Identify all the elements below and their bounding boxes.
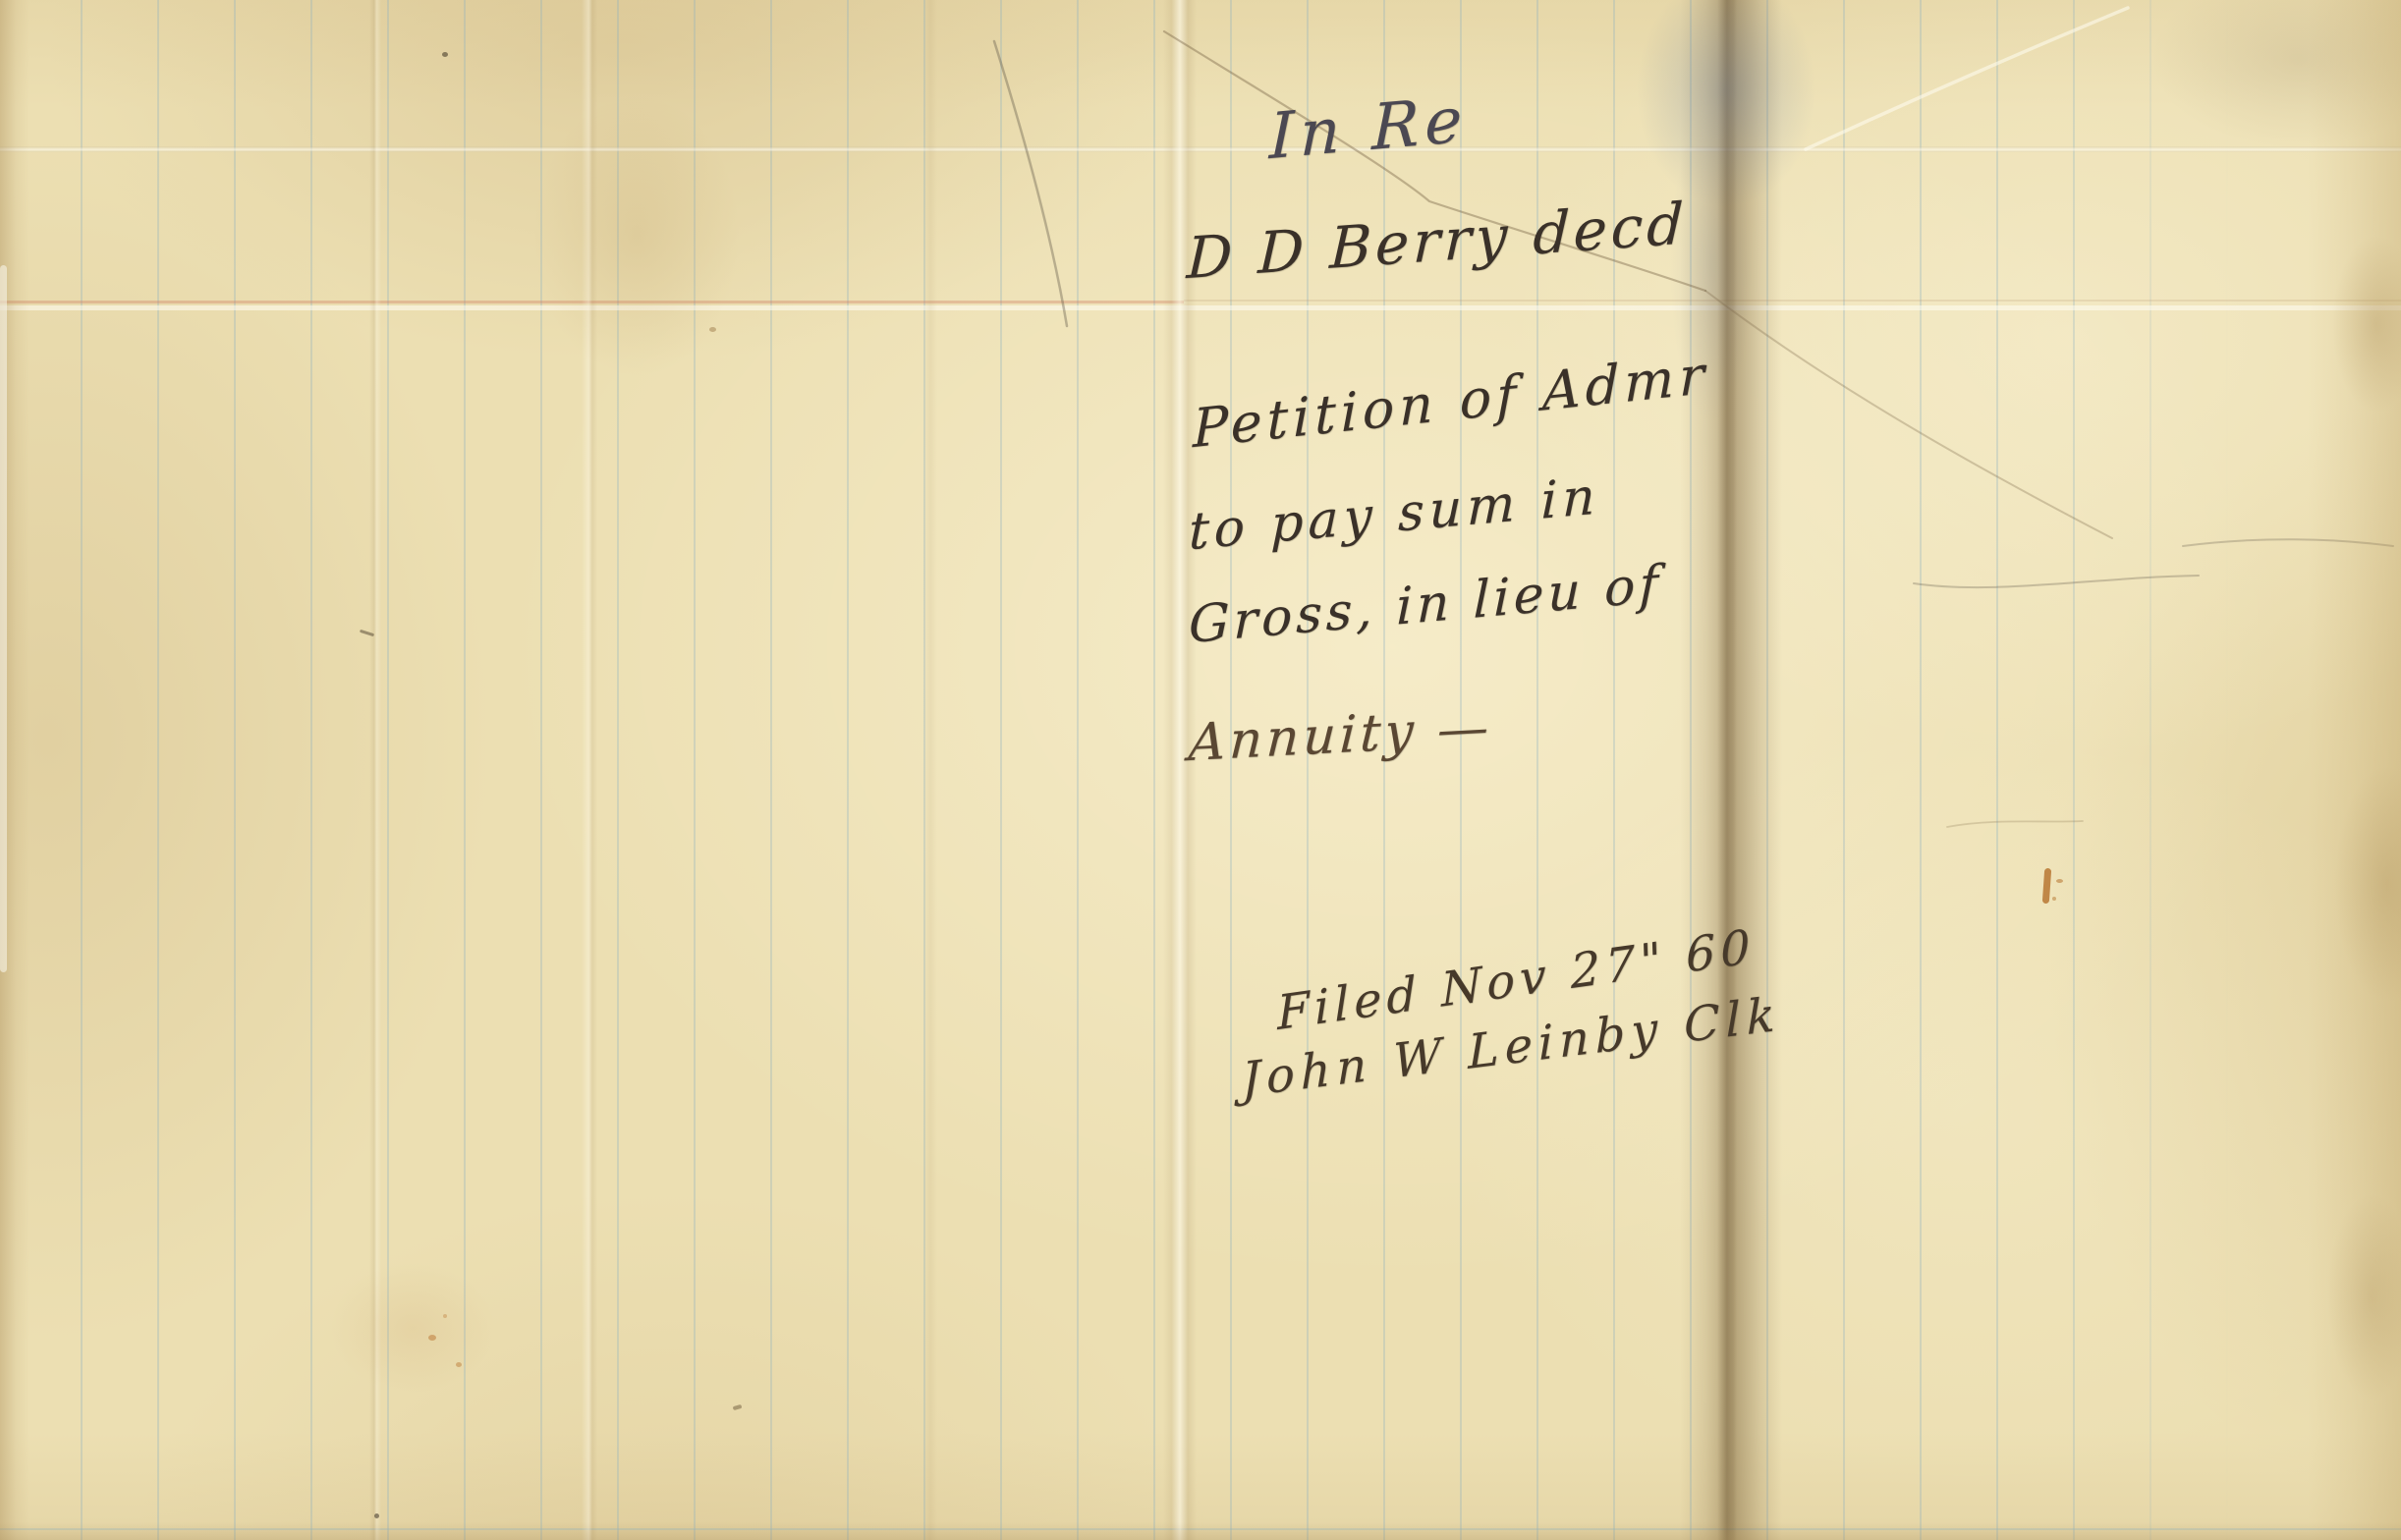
crease-white-topright — [1806, 8, 2128, 149]
scratch-diagonal-left — [994, 41, 1067, 326]
rust-stain — [2056, 879, 2063, 883]
paper-edge-highlight — [0, 265, 7, 972]
scratch-crack-right — [1705, 291, 2112, 538]
rust-stain — [456, 1362, 462, 1367]
ink-speck — [442, 52, 448, 57]
rust-stain — [443, 1314, 447, 1318]
document-scan: In Re D D Berry decd Petition of Admr to… — [0, 0, 2401, 1540]
crease-faint-right — [1947, 821, 2083, 827]
rust-stain — [2052, 897, 2056, 901]
paper-edge-right — [2308, 0, 2401, 1540]
scratch-wavy-1 — [1914, 576, 2199, 587]
rust-stain — [428, 1335, 436, 1341]
dirt-speck — [709, 327, 716, 332]
handwriting-line-in-re: In Re — [1268, 88, 1468, 169]
ink-speck — [374, 1513, 379, 1518]
handwriting-line-petition-4: Annuity — — [1188, 702, 1494, 769]
paper-edge-bottom — [0, 1522, 2401, 1540]
